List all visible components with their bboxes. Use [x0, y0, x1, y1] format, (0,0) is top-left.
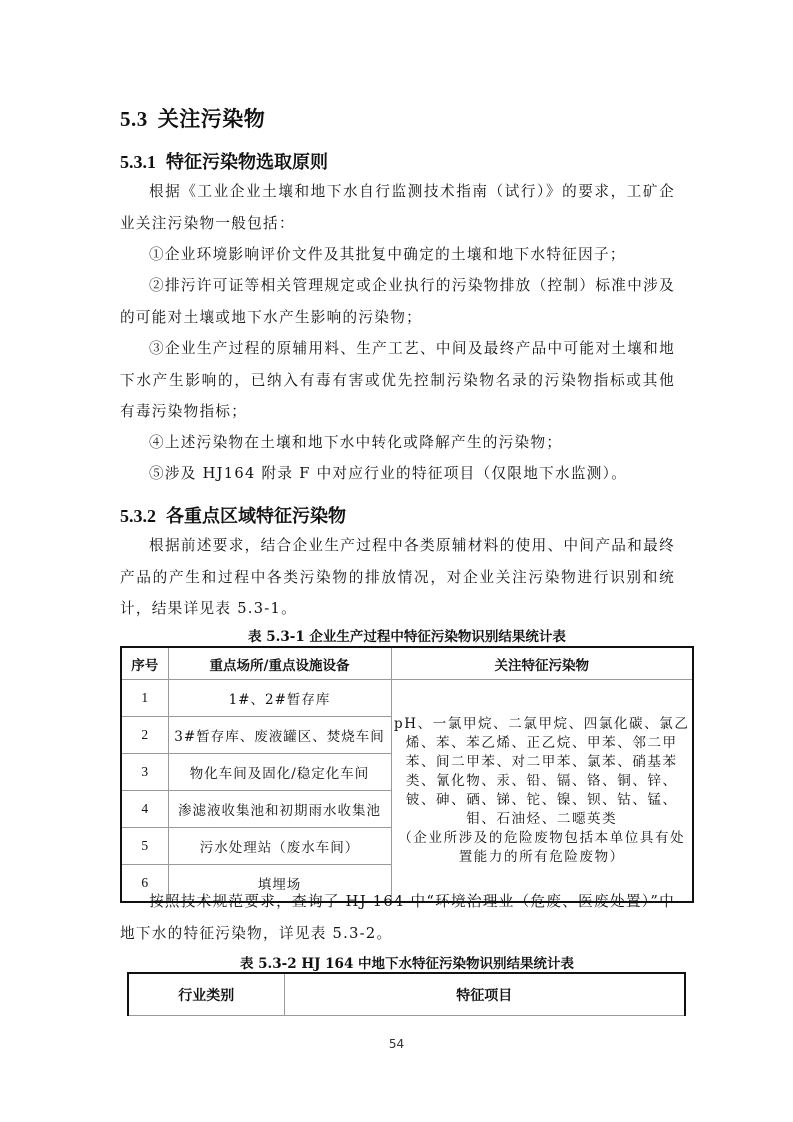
table2-caption: 表 5.3-2 HJ 164 中地下水特征污染物识别结果统计表	[120, 952, 694, 972]
section-number: 5.3	[120, 107, 148, 131]
section-title: 关注污染物	[158, 106, 266, 131]
pollutants-list: pH、一氯甲烷、二氯甲烷、四氯化碳、氯乙烯、苯、苯乙烯、正乙烷、甲苯、邻二甲苯、…	[394, 715, 691, 829]
row-area: 污水处理站（废水车间）	[168, 828, 391, 865]
list-item-4: ④上述污染物在土壤和地下水中转化或降解产生的污染物；	[120, 427, 675, 459]
pollutants-cell: pH、一氯甲烷、二氯甲烷、四氯化碳、氯乙烯、苯、苯乙烯、正乙烷、甲苯、邻二甲苯、…	[391, 680, 693, 903]
header-no: 序号	[121, 647, 168, 680]
header-items: 特征项目	[284, 973, 685, 1016]
page-number: 54	[0, 1037, 793, 1051]
header-industry: 行业类别	[128, 973, 284, 1016]
subsection-heading-1: 5.3.1特征污染物选取原则	[120, 148, 328, 174]
row-area: 3#暂存库、废液罐区、焚烧车间	[168, 717, 391, 754]
subsection-title: 各重点区域特征污染物	[166, 506, 346, 527]
header-pollutants: 关注特征污染物	[391, 647, 693, 680]
row-no: 3	[121, 754, 168, 791]
row-no: 2	[121, 717, 168, 754]
section-heading: 5.3关注污染物	[120, 103, 265, 133]
row-no: 4	[121, 791, 168, 828]
row-area: 物化车间及固化/稳定化车间	[168, 754, 391, 791]
paragraph-sub2: 根据前述要求，结合企业生产过程中各类原辅材料的使用、中间产品和最终产品的产生和过…	[120, 530, 675, 625]
list-item-3: ③企业生产过程的原辅用料、生产工艺、中间及最终产品中可能对土壤和地下水产生影响的…	[120, 333, 675, 428]
subsection-heading-2: 5.3.2各重点区域特征污染物	[120, 502, 346, 528]
row-area: 1#、2#暂存库	[168, 680, 391, 717]
groundwater-table: 行业类别 特征项目	[127, 972, 686, 1016]
paragraph-intro: 根据《工业企业土壤和地下水自行监测技术指南（试行）》的要求，工矿企业关注污染物一…	[120, 176, 675, 239]
list-item-1: ①企业环境影响评价文件及其批复中确定的土壤和地下水特征因子；	[120, 239, 675, 271]
pollutants-note: （企业所涉及的危险废物包括本单位具有处置能力的所有危险废物）	[394, 829, 691, 867]
table1-caption: 表 5.3-1 企业生产过程中特征污染物识别结果统计表	[120, 625, 694, 645]
subsection-number: 5.3.1	[120, 152, 156, 172]
list-item-5: ⑤涉及 HJ164 附录 F 中对应行业的特征项目（仅限地下水监测）。	[120, 458, 675, 490]
table-row: 1 1#、2#暂存库 pH、一氯甲烷、二氯甲烷、四氯化碳、氯乙烯、苯、苯乙烯、正…	[121, 680, 693, 717]
row-area: 渗滤液收集池和初期雨水收集池	[168, 791, 391, 828]
list-item-2: ②排污许可证等相关管理规定或企业执行的污染物排放（控制）标准中涉及的可能对土壤或…	[120, 270, 675, 333]
row-no: 5	[121, 828, 168, 865]
subsection-title: 特征污染物选取原则	[166, 152, 328, 173]
pollutant-table: 序号 重点场所/重点设施设备 关注特征污染物 1 1#、2#暂存库 pH、一氯甲…	[120, 646, 694, 903]
paragraph-after-table1: 按照技术规范要求，查询了 HJ 164 中“环境治理业（危废、医废处置）”中地下…	[120, 886, 675, 949]
header-area: 重点场所/重点设施设备	[168, 647, 391, 680]
row-no: 1	[121, 680, 168, 717]
subsection-number: 5.3.2	[120, 506, 156, 526]
